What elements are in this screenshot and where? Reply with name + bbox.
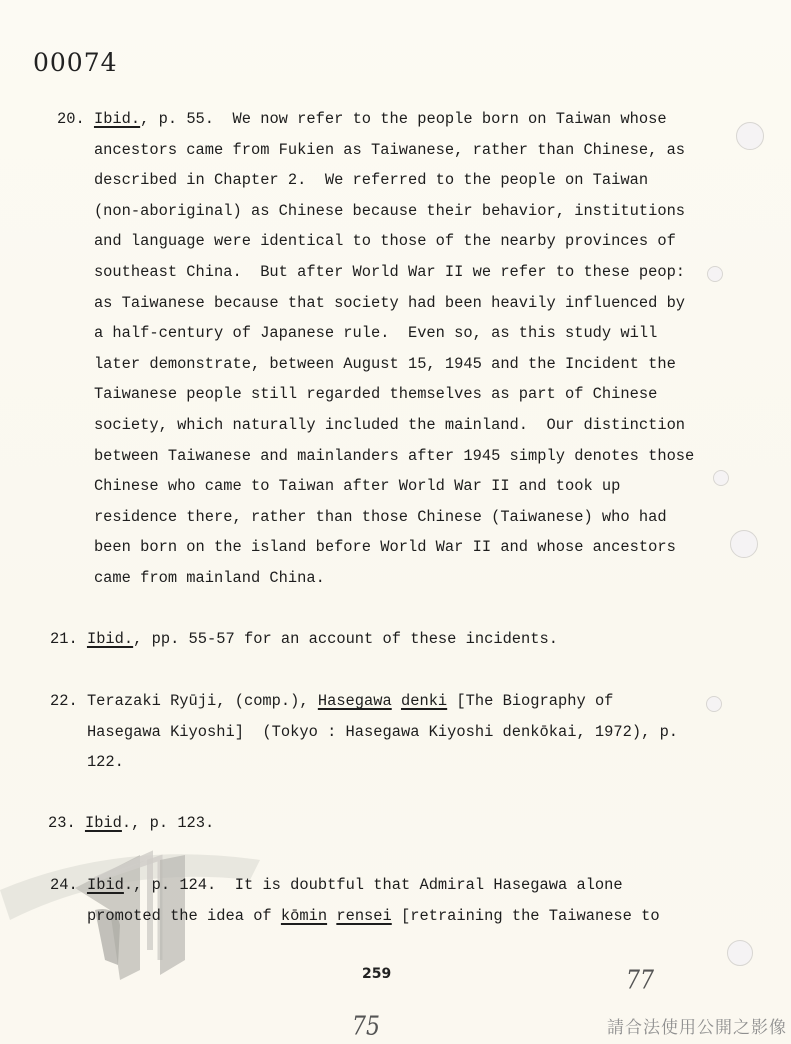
footnote-line: 122. bbox=[50, 747, 791, 778]
footnote-21: 21. Ibid., pp. 55-57 for an account of t… bbox=[50, 624, 791, 655]
footnote-line: been born on the island before World War… bbox=[57, 532, 791, 563]
underlined-citation: denki bbox=[401, 692, 447, 710]
handwritten-mark: 75 bbox=[352, 1012, 380, 1042]
footnote-text: between Taiwanese and mainlanders after … bbox=[57, 447, 694, 465]
footnote-text: [retraining the Taiwanese to bbox=[392, 907, 660, 925]
footnote-line: ancestors came from Fukien as Taiwanese,… bbox=[57, 135, 791, 166]
footnote-22: 22. Terazaki Ryūji, (comp.), Hasegawa de… bbox=[50, 686, 791, 778]
footnote-text: described in Chapter 2. We referred to t… bbox=[57, 171, 648, 189]
footnote-line: 23. Ibid., p. 123. bbox=[48, 808, 791, 839]
footnote-text: Hasegawa Kiyoshi] (Tokyo : Hasegawa Kiyo… bbox=[50, 723, 678, 741]
footnote-text: and language were identical to those of … bbox=[57, 232, 676, 250]
footnote-text: promoted the idea of bbox=[50, 907, 281, 925]
punch-hole-icon bbox=[706, 696, 722, 712]
usage-watermark: 請合法使用公開之影像 bbox=[607, 1013, 787, 1038]
footnote-line: Taiwanese people still regarded themselv… bbox=[57, 379, 791, 410]
underlined-citation: Hasegawa bbox=[318, 692, 392, 710]
footnote-text: ancestors came from Fukien as Taiwanese,… bbox=[57, 141, 685, 159]
footnote-text bbox=[392, 692, 401, 710]
footnote-text: [The Biography of bbox=[447, 692, 613, 710]
footnote-line: and language were identical to those of … bbox=[57, 226, 791, 257]
footnote-line: 22. Terazaki Ryūji, (comp.), Hasegawa de… bbox=[50, 686, 791, 717]
footnote-line: 21. Ibid., pp. 55-57 for an account of t… bbox=[50, 624, 791, 655]
footnote-line: Chinese who came to Taiwan after World W… bbox=[57, 471, 791, 502]
footnote-line: came from mainland China. bbox=[57, 563, 791, 594]
punch-hole-icon bbox=[730, 530, 758, 558]
footnote-24: 24. Ibid., p. 124. It is doubtful that A… bbox=[50, 870, 791, 931]
footnote-text: Taiwanese people still regarded themselv… bbox=[57, 385, 657, 403]
underlined-citation: kōmin bbox=[281, 907, 327, 925]
underlined-citation: rensei bbox=[336, 907, 391, 925]
document-page: 00074 20. Ibid., p. 55. We now refer to … bbox=[0, 0, 791, 1044]
underlined-citation: Ibid. bbox=[87, 630, 133, 648]
footnote-text: society, which naturally included the ma… bbox=[57, 416, 685, 434]
footnote-text bbox=[327, 907, 336, 925]
handwritten-mark: 77 bbox=[626, 966, 654, 996]
footnote-text: 23. bbox=[48, 814, 85, 832]
footnote-line: southeast China. But after World War II … bbox=[57, 257, 791, 288]
underlined-citation: Ibid. bbox=[94, 110, 140, 128]
archive-number: 00074 bbox=[33, 48, 118, 77]
footnote-text: southeast China. But after World War II … bbox=[57, 263, 685, 281]
footnote-line: society, which naturally included the ma… bbox=[57, 410, 791, 441]
footnote-line: (non-aboriginal) as Chinese because thei… bbox=[57, 196, 791, 227]
footnote-23: 23. Ibid., p. 123. bbox=[48, 808, 791, 839]
footnote-line: a half-century of Japanese rule. Even so… bbox=[57, 318, 791, 349]
punch-hole-icon bbox=[707, 266, 723, 282]
footnote-text: 22. Terazaki Ryūji, (comp.), bbox=[50, 692, 318, 710]
footnote-line: promoted the idea of kōmin rensei [retra… bbox=[50, 901, 791, 932]
footnote-line: 24. Ibid., p. 124. It is doubtful that A… bbox=[50, 870, 791, 901]
punch-hole-icon bbox=[727, 940, 753, 966]
footnote-text: came from mainland China. bbox=[57, 569, 325, 587]
page-number: 259 bbox=[362, 966, 391, 982]
footnote-text: , p. 55. We now refer to the people born… bbox=[140, 110, 666, 128]
punch-hole-icon bbox=[713, 470, 729, 486]
punch-hole-icon bbox=[736, 122, 764, 150]
footnote-text: as Taiwanese because that society had be… bbox=[57, 294, 685, 312]
underlined-citation: Ibid bbox=[87, 876, 124, 894]
underlined-citation: Ibid bbox=[85, 814, 122, 832]
footnote-text: 21. bbox=[50, 630, 87, 648]
footnote-line: between Taiwanese and mainlanders after … bbox=[57, 441, 791, 472]
footnote-line: as Taiwanese because that society had be… bbox=[57, 288, 791, 319]
footnote-text: residence there, rather than those Chine… bbox=[57, 508, 667, 526]
footnote-text: Chinese who came to Taiwan after World W… bbox=[57, 477, 620, 495]
footnote-text: a half-century of Japanese rule. Even so… bbox=[57, 324, 657, 342]
footnote-line: described in Chapter 2. We referred to t… bbox=[57, 165, 791, 196]
footnote-line: later demonstrate, between August 15, 19… bbox=[57, 349, 791, 380]
footnote-text: later demonstrate, between August 15, 19… bbox=[57, 355, 676, 373]
footnote-text: (non-aboriginal) as Chinese because thei… bbox=[57, 202, 685, 220]
footnote-text: , pp. 55-57 for an account of these inci… bbox=[133, 630, 558, 648]
footnote-line: residence there, rather than those Chine… bbox=[57, 502, 791, 533]
footnote-text: ., p. 124. It is doubtful that Admiral H… bbox=[124, 876, 623, 894]
footnote-text: ., p. 123. bbox=[122, 814, 214, 832]
footnote-text: 24. bbox=[50, 876, 87, 894]
footnote-text: 20. bbox=[57, 110, 94, 128]
footnote-20: 20. Ibid., p. 55. We now refer to the pe… bbox=[57, 104, 791, 594]
footnote-text: 122. bbox=[50, 753, 124, 771]
footnote-line: 20. Ibid., p. 55. We now refer to the pe… bbox=[57, 104, 791, 135]
footnote-line: Hasegawa Kiyoshi] (Tokyo : Hasegawa Kiyo… bbox=[50, 717, 791, 748]
footnote-text: been born on the island before World War… bbox=[57, 538, 676, 556]
